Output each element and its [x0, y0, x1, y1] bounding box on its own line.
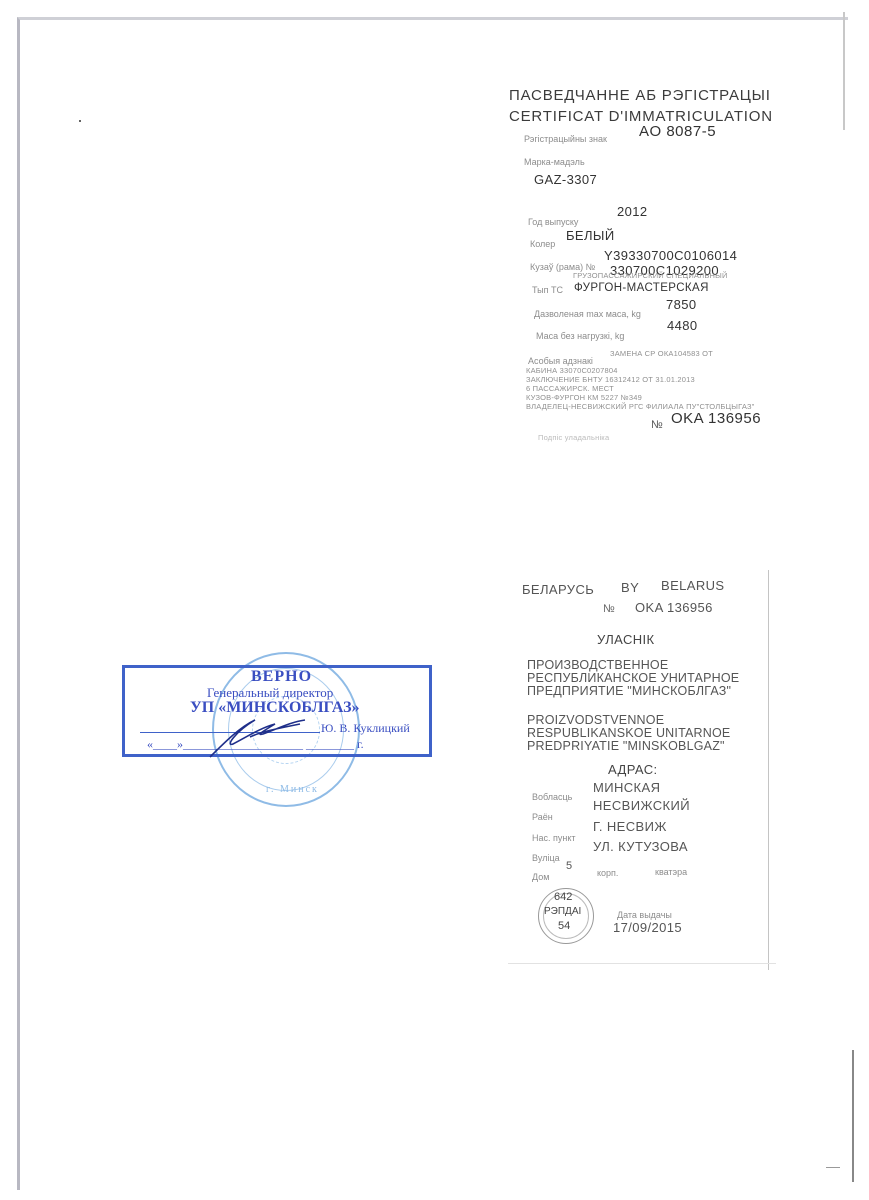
apartment-label: кватэра — [655, 867, 687, 877]
seal-city: г. Минск — [266, 784, 319, 795]
region-value: МИНСКАЯ — [593, 780, 660, 795]
special-mark-line: КАБИНА 33070С0207804 — [526, 366, 755, 375]
house-label: Дом — [532, 872, 549, 882]
vehicle-type-value-2: ФУРГОН-МАСТЕРСКАЯ — [574, 282, 709, 294]
country-by: БЕЛАРУСЬ — [522, 582, 594, 597]
scan-speck — [79, 120, 81, 122]
max-mass-label: Дазволеная max маса, kg — [534, 309, 641, 319]
stamp-heading: ВЕРНО — [251, 668, 312, 686]
handwritten-signature-icon — [205, 702, 315, 762]
stamp-authority: РЭПДАІ — [544, 906, 581, 917]
street-value: УЛ. КУТУЗОВА — [593, 839, 688, 854]
color-label: Колер — [530, 239, 555, 249]
model-label: Марка-мадэль — [524, 157, 585, 167]
region-label: Вобласць — [532, 792, 572, 802]
vehicle-type-value-1: ГРУЗОПАССАЖИРСКИЙ СПЕЦИАЛЬНЫЙ — [573, 271, 728, 280]
building-label: корп. — [597, 868, 618, 878]
special-marks-label: Асобыя адзнакі — [528, 356, 593, 366]
stamp-signatory: Ю. В. Куклицкий — [321, 721, 410, 736]
district-value: НЕСВИЖСКИЙ — [593, 798, 690, 813]
replacement-note: ЗАМЕНА СР ОКА104583 ОТ — [610, 349, 713, 358]
year-value: 2012 — [617, 204, 648, 219]
card-edge — [508, 963, 776, 964]
registration-certificate-back: БЕЛАРУСЬ BY BELARUS № OKA 136956 УЛАСНІК… — [500, 560, 780, 970]
owner-signature-caption: Подпіс уладальніка — [538, 433, 609, 442]
registration-certificate-front: ПАСВЕДЧАННЕ АБ РЭГІСТРАЦЫІ CERTIFICAT D'… — [500, 70, 800, 460]
reg-number-label: Рэгістрацыйны знак — [524, 134, 607, 144]
owner-line: ПРЕДПРИЯТИЕ "МИНСКОБЛГАЗ" — [527, 685, 739, 698]
max-mass-value: 7850 — [666, 297, 697, 312]
certificate-title-by: ПАСВЕДЧАННЕ АБ РЭГІСТРАЦЫІ — [509, 87, 771, 104]
doc-number-value: OKA 136956 — [671, 410, 761, 427]
special-mark-line: КУЗОВ-ФУРГОН КМ 5227 №349 — [526, 393, 755, 402]
doc-number-sign: № — [651, 419, 663, 431]
reg-number-value: AO 8087-5 — [639, 123, 716, 140]
country-code: BY — [621, 580, 639, 595]
page-scan-edge — [852, 1050, 854, 1182]
year-label: Год выпуску — [528, 217, 578, 227]
street-label: Вуліца — [532, 853, 560, 863]
owner-name-ru: ПРОИЗВОДСТВЕННОЕ РЕСПУБЛИКАНСКОЕ УНИТАРН… — [527, 659, 739, 698]
stamp-top-number: 642 — [554, 891, 572, 903]
page-scan-edge — [826, 1167, 840, 1168]
district-label: Раён — [532, 812, 553, 822]
owner-heading: УЛАСНІК — [597, 632, 655, 647]
card-edge — [768, 570, 769, 970]
page-scan-edge — [843, 12, 845, 130]
issuing-authority-stamp: 642 РЭПДАІ 54 — [538, 888, 594, 944]
empty-mass-label: Маса без нагрузкі, kg — [536, 331, 624, 341]
stamp-bottom-number: 54 — [558, 920, 570, 932]
vin-value-1: Y39330700C0106014 — [604, 248, 737, 263]
issue-date-value: 17/09/2015 — [613, 920, 682, 935]
back-number-value: OKA 136956 — [635, 600, 713, 615]
vehicle-type-label: Тып ТС — [532, 285, 563, 295]
model-value: GAZ-3307 — [534, 172, 597, 187]
country-en: BELARUS — [661, 578, 725, 593]
special-mark-line: ЗАКЛЮЧЕНИЕ БНТУ 16312412 ОТ 31.01.2013 — [526, 375, 755, 384]
certified-copy-stamp: ВЕРНО Генеральный директор УП «МИНСКОБЛГ… — [122, 665, 432, 757]
back-number-sign: № — [603, 603, 615, 615]
locality-value: Г. НЕСВИЖ — [593, 819, 667, 834]
owner-line: PREDPRIYATIE "MINSKOBLGAZ" — [527, 740, 730, 753]
special-mark-line: 6 ПАССАЖИРСК. МЕСТ — [526, 384, 755, 393]
empty-mass-value: 4480 — [667, 318, 698, 333]
color-value: БЕЛЫЙ — [566, 228, 615, 243]
house-value: 5 — [566, 860, 573, 872]
owner-name-lat: PROIZVODSTVENNOE RESPUBLIKANSKOE UNITARN… — [527, 714, 730, 753]
address-heading: АДРАС: — [608, 762, 658, 777]
issue-date-label: Дата выдачы — [617, 910, 672, 920]
special-marks-list: КАБИНА 33070С0207804 ЗАКЛЮЧЕНИЕ БНТУ 163… — [526, 366, 755, 411]
locality-label: Нас. пункт — [532, 833, 576, 843]
